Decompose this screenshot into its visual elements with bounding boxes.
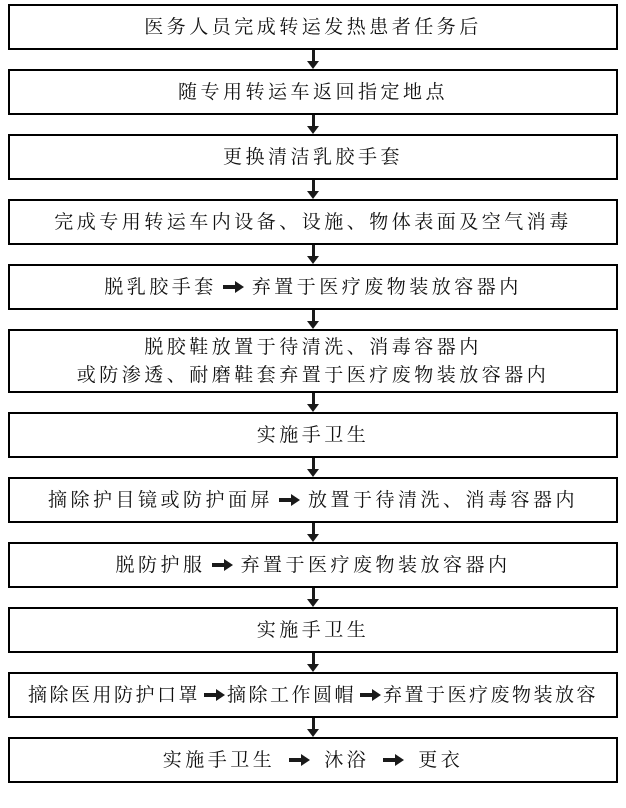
flowchart: 医务人员完成转运发热患者任务后随专用转运车返回指定地点更换清洁乳胶手套完成专用转… — [0, 0, 626, 783]
down-arrow-icon — [8, 718, 618, 737]
flow-step-text: 脱胶鞋放置于待清洗、消毒容器内 — [144, 333, 482, 361]
flow-step-11-line-1: 摘除医用防护口罩摘除工作圆帽弃置于医疗废物装放容 — [28, 681, 598, 709]
down-arrow-icon — [8, 653, 618, 672]
down-arrow-head — [307, 191, 319, 199]
flow-step-7: 实施手卫生 — [8, 412, 618, 458]
flow-step-7-line-1: 实施手卫生 — [257, 421, 370, 449]
down-arrow-shaft — [312, 588, 315, 599]
flow-step-6-line-2: 或防渗透、耐磨鞋套弃置于医疗废物装放容器内 — [77, 361, 550, 389]
flow-step-9: 脱防护服弃置于医疗废物装放容器内 — [8, 542, 618, 588]
flow-step-9-line-1: 脱防护服弃置于医疗废物装放容器内 — [115, 551, 510, 579]
flow-step-4: 完成专用转运车内设备、设施、物体表面及空气消毒 — [8, 199, 618, 245]
flow-step-text: 摘除医用防护口罩 — [28, 681, 200, 709]
flow-step-text: 更换清洁乳胶手套 — [223, 143, 403, 171]
flow-step-5-line-1: 脱乳胶手套弃置于医疗废物装放容器内 — [104, 273, 522, 301]
down-arrow-shaft — [312, 115, 315, 126]
flow-step-10-line-1: 实施手卫生 — [257, 616, 370, 644]
down-arrow-head — [307, 469, 319, 477]
down-arrow-head — [307, 321, 319, 329]
down-arrow-shaft — [312, 458, 315, 469]
down-arrow-head — [307, 404, 319, 412]
down-arrow-icon — [8, 458, 618, 477]
right-arrow-icon — [204, 689, 225, 701]
flow-step-8-line-1: 摘除护目镜或防护面屏放置于待清洗、消毒容器内 — [48, 486, 578, 514]
flow-step-2-line-1: 随专用转运车返回指定地点 — [178, 78, 448, 106]
flow-step-10: 实施手卫生 — [8, 607, 618, 653]
flow-step-text: 更衣 — [418, 746, 463, 774]
flow-step-6: 脱胶鞋放置于待清洗、消毒容器内或防渗透、耐磨鞋套弃置于医疗废物装放容器内 — [8, 329, 618, 393]
flow-step-12-line-1: 实施手卫生沐浴更衣 — [163, 746, 464, 774]
down-arrow-icon — [8, 50, 618, 69]
flow-step-5: 脱乳胶手套弃置于医疗废物装放容器内 — [8, 264, 618, 310]
down-arrow-head — [307, 256, 319, 264]
down-arrow-head — [307, 599, 319, 607]
right-arrow-icon — [289, 754, 310, 766]
down-arrow-icon — [8, 115, 618, 134]
right-arrow-icon — [360, 689, 381, 701]
flow-step-3-line-1: 更换清洁乳胶手套 — [223, 143, 403, 171]
down-arrow-icon — [8, 588, 618, 607]
flow-step-12: 实施手卫生沐浴更衣 — [8, 737, 618, 783]
flow-step-text: 摘除护目镜或防护面屏 — [48, 486, 273, 514]
flow-step-text: 摘除工作圆帽 — [227, 681, 356, 709]
down-arrow-icon — [8, 310, 618, 329]
flow-step-3: 更换清洁乳胶手套 — [8, 134, 618, 180]
down-arrow-head — [307, 729, 319, 737]
flow-step-text: 完成专用转运车内设备、设施、物体表面及空气消毒 — [54, 208, 572, 236]
down-arrow-shaft — [312, 523, 315, 534]
down-arrow-shaft — [312, 653, 315, 664]
flow-step-text: 实施手卫生 — [163, 746, 276, 774]
down-arrow-head — [307, 534, 319, 542]
flow-step-4-line-1: 完成专用转运车内设备、设施、物体表面及空气消毒 — [54, 208, 572, 236]
right-arrow-icon — [212, 559, 233, 571]
flow-step-text: 医务人员完成转运发热患者任务后 — [144, 13, 482, 41]
down-arrow-icon — [8, 393, 618, 412]
flow-step-8: 摘除护目镜或防护面屏放置于待清洗、消毒容器内 — [8, 477, 618, 523]
flow-step-1: 医务人员完成转运发热患者任务后 — [8, 4, 618, 50]
down-arrow-shaft — [312, 50, 315, 61]
down-arrow-head — [307, 126, 319, 134]
flow-step-text: 脱乳胶手套 — [104, 273, 217, 301]
flow-step-text: 沐浴 — [324, 746, 369, 774]
right-arrow-icon — [223, 281, 244, 293]
flow-step-2: 随专用转运车返回指定地点 — [8, 69, 618, 115]
flow-step-text: 或防渗透、耐磨鞋套弃置于医疗废物装放容器内 — [77, 361, 550, 389]
right-arrow-icon — [279, 494, 300, 506]
down-arrow-head — [307, 61, 319, 69]
down-arrow-icon — [8, 245, 618, 264]
flow-step-text: 脱防护服 — [115, 551, 205, 579]
flow-step-text: 随专用转运车返回指定地点 — [178, 78, 448, 106]
down-arrow-shaft — [312, 718, 315, 729]
flow-step-text: 弃置于医疗废物装放容器内 — [241, 551, 511, 579]
down-arrow-shaft — [312, 245, 315, 256]
flow-step-text: 弃置于医疗废物装放容器内 — [252, 273, 522, 301]
flow-step-1-line-1: 医务人员完成转运发热患者任务后 — [144, 13, 482, 41]
flow-step-6-line-1: 脱胶鞋放置于待清洗、消毒容器内 — [144, 333, 482, 361]
right-arrow-icon — [383, 754, 404, 766]
flow-step-text: 放置于待清洗、消毒容器内 — [308, 486, 578, 514]
down-arrow-shaft — [312, 310, 315, 321]
flow-step-text: 弃置于医疗废物装放容 — [383, 681, 598, 709]
flow-step-text: 实施手卫生 — [257, 616, 370, 644]
flow-step-text: 实施手卫生 — [257, 421, 370, 449]
down-arrow-icon — [8, 523, 618, 542]
down-arrow-shaft — [312, 180, 315, 191]
down-arrow-shaft — [312, 393, 315, 404]
down-arrow-head — [307, 664, 319, 672]
flow-step-11: 摘除医用防护口罩摘除工作圆帽弃置于医疗废物装放容 — [8, 672, 618, 718]
down-arrow-icon — [8, 180, 618, 199]
